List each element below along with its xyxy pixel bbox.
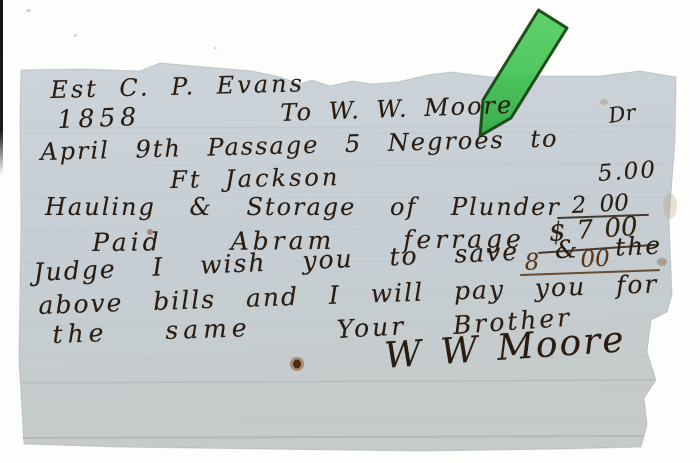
year-label: 1858 xyxy=(57,102,142,134)
entry-destination: Ft Jackson xyxy=(170,163,341,194)
dr-label: Dr xyxy=(607,100,637,128)
entry-hauling: Hauling & Storage of Plunder xyxy=(45,193,561,221)
amount-passage: 5.00 xyxy=(597,157,658,187)
scan-background: Est C. P. Evans 1858 To W. W. Moore Dr A… xyxy=(0,0,700,463)
